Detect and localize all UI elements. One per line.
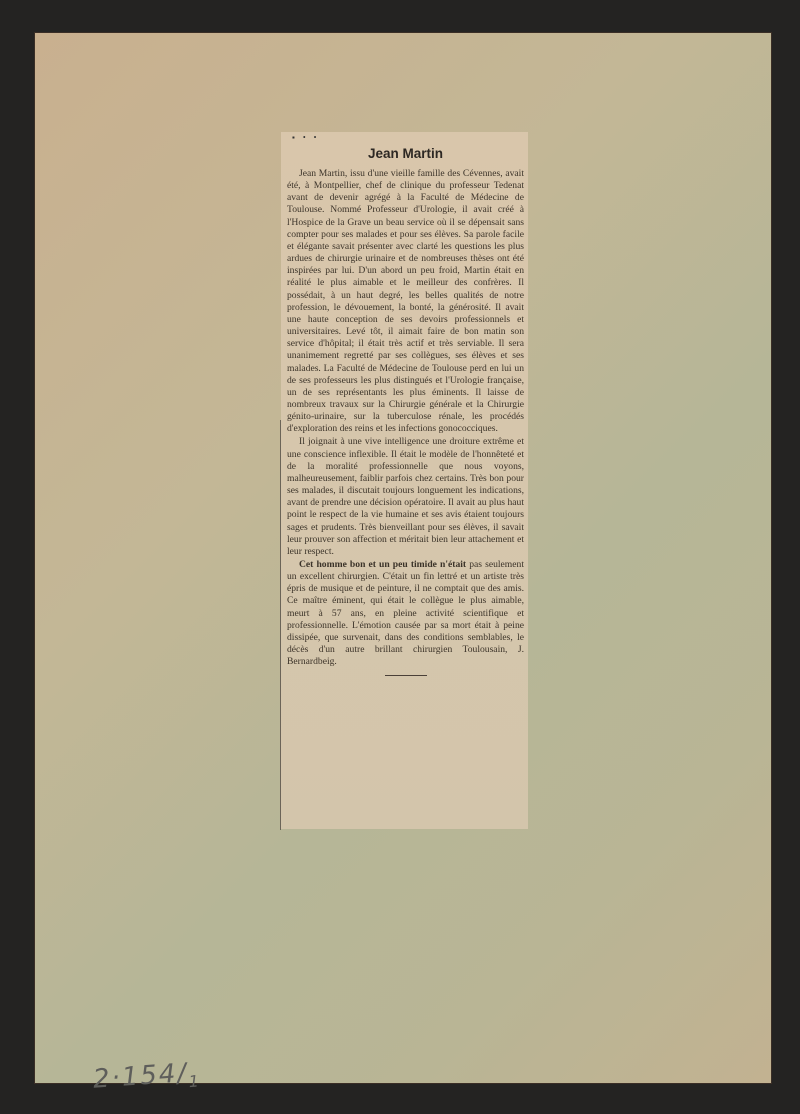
header-marks: ▪ • • [292,133,319,142]
newspaper-clipping: ▪ • • Jean Martin Jean Martin, issu d'un… [281,132,528,829]
end-rule [385,675,427,676]
article-paragraph: Cet homme bon et un peu timide n'était p… [287,559,524,668]
paragraph-text: Jean Martin, issu d'une vieille famille … [287,168,524,434]
inventory-number-main: 2·154/ [92,1058,189,1095]
inventory-number-sub: 1 [188,1071,201,1091]
article-title: Jean Martin [287,146,524,161]
article-paragraph: Jean Martin, issu d'une vieille famille … [287,168,524,435]
paragraph-text: pas seulement un excellent chirurgien. C… [287,559,524,667]
article-paragraph: Il joignait à une vive intelligence une … [287,436,524,558]
paragraph-text: Il joignait à une vive intelligence une … [287,436,524,556]
paragraph-lead: Cet homme bon et un peu timide n'était [299,559,466,570]
inventory-number: 2·154/1 [92,1057,201,1097]
